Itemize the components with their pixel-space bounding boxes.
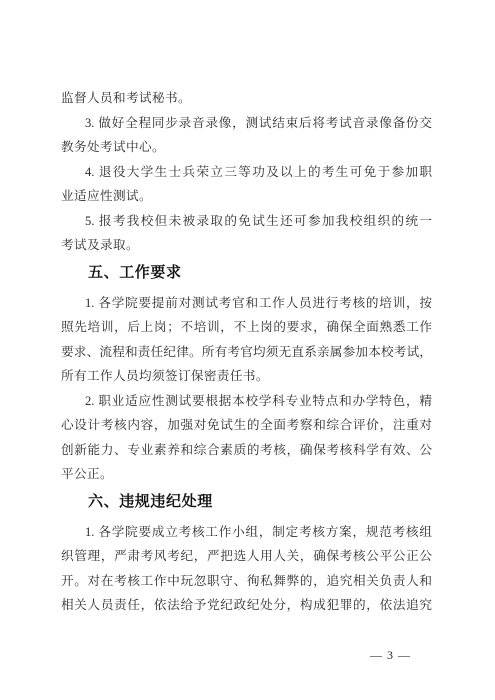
text-line: 创新能力、专业素养和综合素质的考核，确保考核科学有效、公	[61, 438, 432, 463]
text-line: 照先培训，后上岗；不培训，不上岗的要求，确保全面熟悉工作	[61, 315, 432, 340]
text-line: 1. 各学院要成立考核工作小组，制定考核方案，规范考核组	[61, 520, 432, 545]
section-heading: 六、违规违纪处理	[61, 489, 432, 514]
text-line: 监督人员和考试秘书。	[61, 86, 432, 111]
text-line: 3. 做好全程同步录音录像，测试结束后将考试音录像备份交	[61, 111, 432, 136]
text-line: 所有工作人员均须签订保密责任书。	[61, 364, 432, 389]
text-line: 织管理，严肃考风考纪，严把选人用人关，确保考核公平公正公	[61, 544, 432, 569]
document-body: 监督人员和考试秘书。3. 做好全程同步录音录像，测试结束后将考试音录像备份交教务…	[61, 86, 432, 618]
text-line: 教务处考试中心。	[61, 135, 432, 160]
document-page: 监督人员和考试秘书。3. 做好全程同步录音录像，测试结束后将考试音录像备份交教务…	[0, 0, 495, 700]
text-line: 1. 各学院要提前对测试考官和工作人员进行考核的培训，按	[61, 291, 432, 316]
text-line: 业适应性测试。	[61, 184, 432, 209]
text-line: 4. 退役大学生士兵荣立三等功及以上的考生可免于参加职	[61, 160, 432, 185]
text-line: 5. 报考我校但未被录取的免试生还可参加我校组织的统一	[61, 209, 432, 234]
page-number: — 3 —	[370, 646, 411, 664]
text-line: 心设计考核内容，加强对免试生的全面考察和综合评价，注重对	[61, 413, 432, 438]
text-line: 要求、流程和责任纪律。所有考官均须无直系亲属参加本校考试，	[61, 340, 432, 365]
text-line: 开。对在考核工作中玩忽职守、徇私舞弊的，追究相关负责人和	[61, 569, 432, 594]
text-line: 平公正。	[61, 462, 432, 487]
section-heading: 五、工作要求	[61, 260, 432, 285]
text-line: 相关人员责任，依法给予党纪政纪处分，构成犯罪的，依法追究	[61, 593, 432, 618]
text-line: 考试及录取。	[61, 233, 432, 258]
text-line: 2. 职业适应性测试要根据本校学科专业特点和办学特色，精	[61, 389, 432, 414]
